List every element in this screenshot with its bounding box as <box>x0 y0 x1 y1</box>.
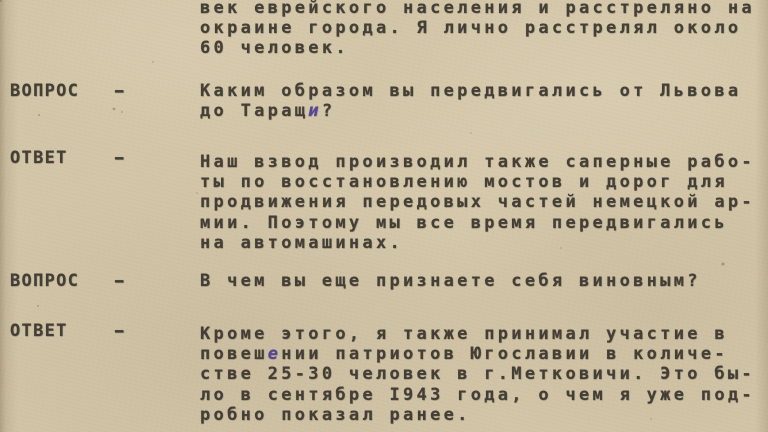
typewritten-line: стве 25-30 человек в г.Метковичи. Это бы… <box>200 364 755 384</box>
typewritten-text: робно показал ранее. <box>200 405 471 425</box>
typewritten-text: стве 25-30 человек в г.Метковичи. Это бы… <box>200 364 755 384</box>
label-dash: - <box>111 81 127 101</box>
question-text: В чем вы еще признаете себя виновным? <box>200 271 701 291</box>
typewritten-line: Наш взвод производил также саперные рабо… <box>200 152 755 172</box>
ink-correction-char: и <box>308 101 322 121</box>
typewritten-text: ло в сентябре I943 года, о чем я уже под… <box>200 385 755 405</box>
typewritten-line: ло в сентябре I943 года, о чем я уже под… <box>200 385 755 405</box>
ink-correction-char: е <box>268 344 282 364</box>
typewritten-line: окраине города. Я лично расстрелял около <box>200 18 755 38</box>
typewritten-text: повеш <box>200 344 268 364</box>
paper-ink-speckles <box>0 0 2 2</box>
typewritten-text: нии патриотов Югославии в количе- <box>281 344 728 364</box>
typewritten-line: продвижения передовых частей немецкой ар… <box>200 192 755 212</box>
typewritten-line: на автомашинах. <box>200 233 755 253</box>
question-label: ВОПРОС <box>10 271 79 291</box>
typewritten-line: до Таращи? <box>200 101 741 121</box>
answer-label: ОТВЕТ <box>10 148 68 168</box>
label-dash: - <box>111 321 127 341</box>
answer-continuation-paragraph: век еврейского населения и расстреляно н… <box>200 0 755 59</box>
answer-label: ОТВЕТ <box>10 321 68 341</box>
typewritten-line: повешении патриотов Югославии в количе- <box>200 344 755 364</box>
typewritten-line: 60 человек. <box>200 38 755 58</box>
typewritten-text: до Таращ <box>200 101 308 121</box>
typewritten-text: Кроме этого, я также принимал участие в <box>200 324 728 344</box>
label-dash: - <box>111 271 127 291</box>
document-scan: век еврейского населения и расстреляно н… <box>0 0 768 432</box>
typewritten-line: мии. Поэтому мы все время передвигались <box>200 213 755 233</box>
typewritten-text: ? <box>322 101 336 121</box>
typewritten-line: Каким образом вы передвигались от Львова <box>200 81 741 101</box>
question-text: Каким образом вы передвигались от Львова… <box>200 81 741 121</box>
typewritten-line: Кроме этого, я также принимал участие в <box>200 324 755 344</box>
typewritten-line: век еврейского населения и расстреляно н… <box>200 0 755 18</box>
answer-text: Наш взвод производил также саперные рабо… <box>200 152 755 253</box>
question-label: ВОПРОС <box>10 81 79 101</box>
typewritten-line: В чем вы еще признаете себя виновным? <box>200 271 701 291</box>
typewritten-line: ты по восстановлению мостов и дорог для <box>200 172 755 192</box>
answer-text: Кроме этого, я также принимал участие вп… <box>200 324 755 425</box>
typewritten-line: робно показал ранее. <box>200 405 755 425</box>
label-dash: - <box>111 148 127 168</box>
